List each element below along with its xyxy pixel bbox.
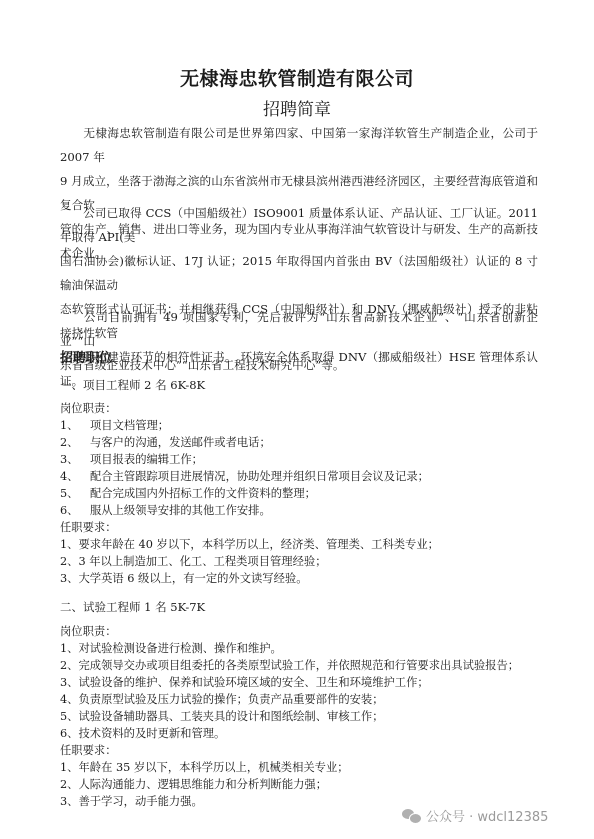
duty-item: 1、对试验检测设备进行检测、操作和维护。 — [60, 640, 519, 657]
item-number: 5、 — [60, 485, 90, 502]
wechat-watermark: 公众号 · wdcl12385 — [402, 806, 548, 825]
duty-item: 5、试验设备辅助器具、工装夹具的设计和图纸绘制、审核工作； — [60, 708, 519, 725]
item-number: 4、 — [60, 468, 90, 485]
item-text: 项目文档管理； — [90, 419, 169, 432]
duty-item: 3、项目报表的编辑工作； — [60, 451, 439, 468]
requirements-label: 任职要求： — [60, 742, 519, 759]
duty-item: 4、负责原型试验及压力试验的操作；负责产品重要部件的安装； — [60, 691, 519, 708]
duty-item: 2、与客户的沟通，发送邮件或者电话； — [60, 434, 439, 451]
duty-item: 1、项目文档管理； — [60, 417, 439, 434]
item-text: 配合完成国内外招标工作的文件资料的整理； — [90, 487, 316, 500]
item-number: 2、 — [60, 434, 90, 451]
job-title-2: 二、试验工程师 1 名 5K-7K — [60, 599, 205, 615]
job-title-1: 一、项目工程师 2 名 6K-8K — [60, 377, 205, 393]
requirement-item: 1、要求年龄在 40 岁以下，本科学历以上，经济类、管理类、工科类专业； — [60, 536, 439, 553]
company-title: 无棣海忠软管制造有限公司 — [0, 64, 594, 91]
para-text: 公司已取得 CCS（中国船级社）ISO9001 质量体系认证、产品认证、工厂认证… — [60, 206, 538, 244]
para-line: 公司目前拥有 49 项国家专利，先后被评为“山东省高新技术企业”、“山东省创新企… — [60, 305, 538, 353]
para-line: 无棣海忠软管制造有限公司是世界第四家、中国第一家海洋软管生产制造企业，公司于 2… — [60, 121, 538, 169]
duties-label: 岗位职责： — [60, 623, 519, 640]
para-text: 公司目前拥有 49 项国家专利，先后被评为“山东省高新技术企业”、“山东省创新企… — [60, 310, 538, 348]
item-text: 与客户的沟通，发送邮件或者电话； — [90, 436, 271, 449]
item-number: 1、 — [60, 417, 90, 434]
item-number: 6、 — [60, 502, 90, 519]
document-subtitle: 招聘简章 — [0, 95, 594, 120]
item-number: 3、 — [60, 451, 90, 468]
duty-item: 3、试验设备的维护、保养和试验环境区域的安全、卫生和环境维护工作； — [60, 674, 519, 691]
duty-item: 2、完成领导交办或项目组委托的各类原型试验工作，并依照规范和行管要求出具试验报告… — [60, 657, 519, 674]
duty-item: 6、服从上级领导安排的其他工作安排。 — [60, 502, 439, 519]
wechat-icon — [402, 808, 422, 824]
duty-item: 5、配合完成国内外招标工作的文件资料的整理； — [60, 485, 439, 502]
job-1-details: 岗位职责： 1、项目文档管理； 2、与客户的沟通，发送邮件或者电话； 3、项目报… — [60, 400, 439, 587]
duties-label: 岗位职责： — [60, 400, 439, 417]
item-text: 配合主管跟踪项目进展情况，协助处理并组织日常项目会议及记录； — [90, 470, 429, 483]
requirement-item: 1、年龄在 35 岁以下，本科学历以上，机械类相关专业； — [60, 759, 519, 776]
requirement-item: 2、人际沟通能力、逻辑思维能力和分析判断能力强； — [60, 776, 519, 793]
para-line: 东省省级企业技术中心”“山东省工程技术研究中心”等。 — [60, 353, 538, 377]
section-title-positions: 招聘职位 — [60, 347, 112, 366]
item-text: 服从上级领导安排的其他工作安排。 — [90, 504, 271, 517]
watermark-text: 公众号 · wdcl12385 — [426, 806, 548, 825]
requirement-item: 3、大学英语 6 级以上，有一定的外文读写经验。 — [60, 570, 439, 587]
duty-item: 4、配合主管跟踪项目进展情况，协助处理并组织日常项目会议及记录； — [60, 468, 439, 485]
item-text: 项目报表的编辑工作； — [90, 453, 203, 466]
requirement-item: 2、3 年以上制造加工、化工、工程类项目管理经验； — [60, 553, 439, 570]
para-text: 无棣海忠软管制造有限公司是世界第四家、中国第一家海洋软管生产制造企业，公司于 2… — [60, 126, 538, 164]
intro-paragraph-3: 公司目前拥有 49 项国家专利，先后被评为“山东省高新技术企业”、“山东省创新企… — [60, 305, 538, 377]
requirements-label: 任职要求： — [60, 519, 439, 536]
para-line: 公司已取得 CCS（中国船级社）ISO9001 质量体系认证、产品认证、工厂认证… — [60, 201, 538, 249]
duty-item: 6、技术资料的及时更新和管理。 — [60, 725, 519, 742]
para-line: 国石油协会)徽标认证、17J 认证；2015 年取得国内首张由 BV（法国船级社… — [60, 249, 538, 297]
job-2-details: 岗位职责： 1、对试验检测设备进行检测、操作和维护。 2、完成领导交办或项目组委… — [60, 623, 519, 810]
